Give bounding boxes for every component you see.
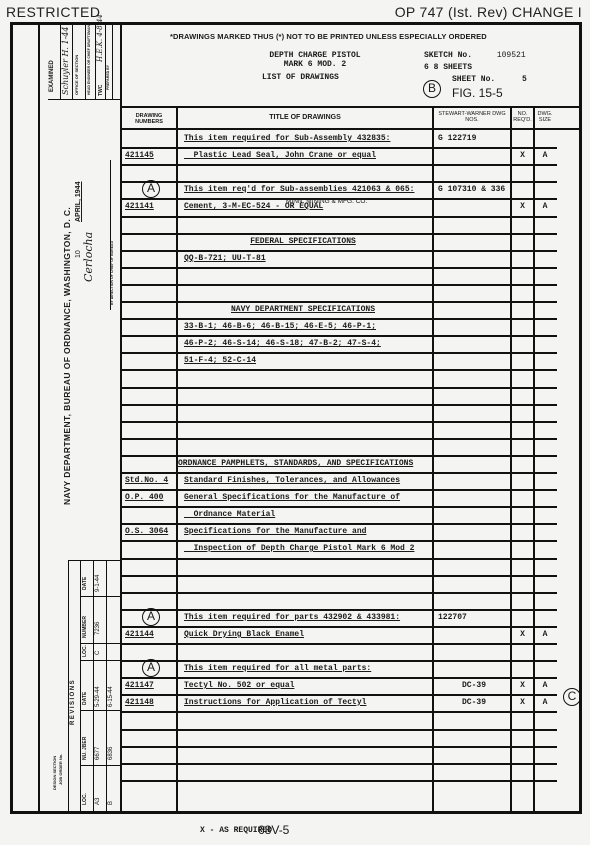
drawing-title: Plastic Lead Seal, John Crane or equal (184, 151, 376, 161)
sheet-label: SHEET No. (452, 75, 495, 84)
footer-code: 68V-5 (258, 823, 289, 837)
row-divider (120, 694, 557, 696)
document-title-line1: DEPTH CHARGE PISTOL (250, 51, 380, 60)
revision-c-date: 9-1-44 (95, 575, 101, 592)
drawing-number: O.S. 3064 (125, 527, 168, 537)
quantity-required: X (512, 698, 533, 708)
drawing-title: Tectyl No. 502 or equal (184, 681, 294, 691)
row-divider (120, 523, 557, 525)
approval-signature: Cerlocha (82, 232, 95, 282)
table-top-border (120, 106, 582, 108)
row-divider (120, 267, 557, 269)
header-dwg-size: DWG. SIZE (535, 111, 555, 123)
revision-b-date: 6-15-44 (108, 686, 114, 707)
revision-marker-a: A (142, 180, 160, 198)
sidebar-divider (112, 25, 113, 100)
revision-c-loc: C (95, 651, 101, 655)
sw-drawing-number: 122707 (438, 613, 510, 623)
prepared-label: PREPARED BY (106, 65, 110, 90)
drawing-title: Ordnance Material (184, 510, 275, 520)
row-divider (120, 592, 557, 594)
sw-drawing-number: DC-39 (438, 681, 510, 691)
row-divider (120, 455, 557, 457)
quantity-required: X (512, 202, 533, 212)
row-divider (120, 609, 557, 611)
quantity-required: X (512, 151, 533, 161)
header-no-reqd: NO. REQ'D. (512, 111, 533, 123)
drawing-title: Inspection of Depth Charge Pistol Mark 6… (184, 544, 414, 554)
drawing-size: A (535, 202, 555, 212)
revisions-header-number: NU. JBER (82, 737, 88, 760)
engineer-signature: H.E.K. 4-8-44 (96, 14, 104, 62)
revisions-border (106, 560, 107, 812)
sidebar-divider (48, 99, 120, 100)
drawing-title: This item req'd for Sub-assemblies 42106… (184, 185, 414, 195)
drawing-size: A (535, 151, 555, 161)
revisions-border (80, 560, 81, 812)
drawing-title: This item required for parts 432902 & 43… (184, 613, 400, 623)
row-divider (120, 250, 557, 252)
drawing-number: Std.No. 4 (125, 476, 168, 486)
job-order-label: JOB ORDER No. (58, 754, 63, 785)
revisions-border (68, 560, 120, 561)
row-divider (120, 780, 557, 782)
design-section-label: DESIGN SECTION (52, 756, 57, 790)
sidebar-divider (85, 25, 86, 100)
revision-b-number: 6836 (108, 747, 114, 760)
drawing-title: Specifications for the Manufacture and (184, 527, 366, 537)
drawing-title: NAVY DEPARTMENT SPECIFICATIONS (180, 305, 426, 315)
row-divider (120, 181, 557, 183)
row-divider (120, 626, 557, 628)
examined-signature: Schuyler H. 1-44 (61, 27, 70, 95)
drawing-size: A (535, 681, 555, 691)
revision-marker-a: A (142, 659, 160, 677)
row-divider (120, 438, 557, 440)
row-divider (120, 643, 557, 645)
row-divider (120, 284, 557, 286)
document-title-line2: MARK 6 MOD. 2 (250, 60, 380, 69)
revisions-header-loc: LOC. (82, 645, 88, 657)
drawing-number: 421147 (125, 681, 154, 691)
row-divider (120, 301, 557, 303)
revision-a-loc: A3 (95, 798, 101, 805)
row-divider (120, 147, 557, 149)
drawing-title: FEDERAL SPECIFICATIONS (180, 237, 426, 247)
sketch-value: 109521 (497, 51, 526, 60)
header-drawing-numbers: DRAWING NUMBERS (124, 113, 174, 125)
row-divider (120, 369, 557, 371)
manufacturer-note: MINN. MINING & MFG. CO. (286, 197, 367, 207)
row-divider (120, 233, 557, 235)
date-month-year: APRIL, 1944 (75, 182, 82, 222)
drawing-size: A (535, 630, 555, 640)
row-divider (120, 711, 557, 713)
header-sw-dwg: STEWART-WARNER DWG NOS. (434, 111, 510, 123)
row-divider (120, 421, 557, 423)
row-divider (120, 729, 557, 731)
checked-label: TWC (98, 85, 104, 96)
classification-label: RESTRICTED (6, 4, 100, 20)
examined-label: EXAMINED (49, 60, 55, 92)
document-title: DEPTH CHARGE PISTOL MARK 6 MOD. 2 (250, 51, 380, 69)
sw-drawing-number: G 107310 & 336 (438, 185, 510, 195)
revision-a-number: 6677 (95, 747, 101, 760)
column-divider (432, 106, 434, 812)
drawing-title: This item required for Sub-Assembly 4328… (184, 134, 390, 144)
sketch-label: SKETCH No. (424, 51, 472, 60)
revisions-border (80, 765, 120, 766)
row-divider (120, 763, 557, 765)
engineer-label: HEAD ENGINEER OR CHIEF DRAFTSMAN (87, 25, 91, 95)
revision-c-number: 7236 (95, 622, 101, 635)
publication-label: OP 747 (Ist. Rev) CHANGE I (395, 4, 582, 20)
revision-marker-c: C (563, 688, 581, 706)
revisions-title: REVISIONS (70, 679, 76, 725)
quantity-required: X (512, 630, 533, 640)
revisions-border (80, 660, 120, 661)
sidebar-divider (72, 25, 73, 100)
date-day: 10 (75, 250, 82, 258)
drawing-title: QQ-B-721; UU-T-81 (184, 254, 266, 264)
drawing-title: 51-F-4; 52-C-14 (184, 356, 256, 366)
drawing-size: A (535, 698, 555, 708)
revisions-border (80, 596, 120, 597)
office-label: OFFICE OF SECTION (74, 55, 79, 95)
figure-label: FIG. 15-5 (452, 86, 503, 100)
sheets-count: 6 8 SHEETS (424, 63, 472, 72)
approval-caption: BY DIRECTION OF CHIEF OF BUREAU (110, 241, 114, 305)
drawing-title: Instructions for Application of Tectyl (184, 698, 366, 708)
sw-drawing-number: G 122719 (438, 134, 510, 144)
sw-drawing-number: DC-39 (438, 698, 510, 708)
row-divider (120, 318, 557, 320)
list-title: LIST OF DRAWINGS (262, 73, 339, 82)
row-divider (120, 660, 557, 662)
row-divider (120, 216, 557, 218)
drawing-title: Standard Finishes, Tolerances, and Allow… (184, 476, 400, 486)
revisions-border (68, 560, 69, 812)
row-divider (120, 746, 557, 748)
sheet-value: 5 (522, 75, 527, 84)
row-divider (120, 540, 557, 542)
drawing-title: General Specifications for the Manufactu… (184, 493, 400, 503)
row-divider (120, 489, 557, 491)
row-divider (120, 404, 557, 406)
drawing-number: 421141 (125, 202, 154, 212)
drawing-title: This item required for all metal parts: (184, 664, 371, 674)
row-divider (120, 352, 557, 354)
drawing-number: 421144 (125, 630, 154, 640)
revisions-header-date: DATE (82, 577, 88, 590)
revision-marker-a: A (142, 608, 160, 626)
drawing-title: 33-B-1; 46-B-6; 46-B-15; 46-E-5; 46-P-1; (184, 322, 376, 332)
drawing-number: O.P. 400 (125, 493, 163, 503)
row-divider (120, 506, 557, 508)
revisions-border (93, 560, 94, 812)
drawing-title: 46-P-2; 46-S-14; 46-S-18; 47-B-2; 47-S-4… (184, 339, 381, 349)
row-divider (120, 677, 557, 679)
revisions-header-number: NUMBER (82, 616, 88, 638)
revision-a-date: 5-29-44 (95, 686, 101, 707)
row-divider (120, 164, 557, 166)
sidebar-divider (38, 22, 40, 812)
row-divider (120, 558, 557, 560)
header-title: TITLE OF DRAWINGS (180, 115, 430, 121)
revision-marker-b: B (423, 80, 441, 98)
drawing-number: 421145 (125, 151, 154, 161)
row-divider (120, 387, 557, 389)
print-note: *DRAWINGS MARKED THUS (*) NOT TO BE PRIN… (170, 32, 487, 41)
drawing-title: ORDNANCE PAMPHLETS, STANDARDS, AND SPECI… (178, 459, 413, 469)
revisions-border (80, 643, 120, 644)
drawing-title: Quick Drying Black Enamel (184, 630, 304, 640)
drawing-number: 421148 (125, 698, 154, 708)
revisions-header-date: DATE (82, 692, 88, 705)
department-heading: NAVY DEPARTMENT, BUREAU OF ORDNANCE, WAS… (62, 207, 72, 505)
revision-b-loc: B (108, 801, 114, 805)
row-divider (120, 575, 557, 577)
quantity-required: X (512, 681, 533, 691)
row-divider (120, 335, 557, 337)
sketch-number: SKETCH No. 109521 (424, 51, 526, 60)
revisions-header-loc: LOC. (82, 793, 88, 805)
table-header-border (120, 128, 582, 130)
sheet-number: SHEET No. 5 (452, 75, 527, 84)
row-divider (120, 472, 557, 474)
revisions-border (80, 710, 120, 711)
